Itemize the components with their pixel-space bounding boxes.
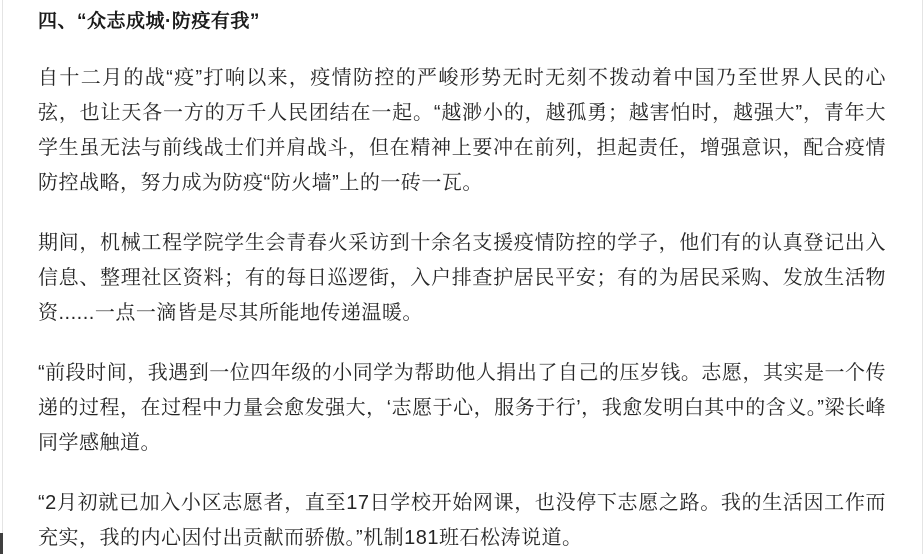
scrollbar-thumb[interactable] [0, 533, 3, 554]
article-body: 四、“众志成城·防疫有我” 自十二月的战“疫”打响以来，疫情防控的严峻形势无时无… [0, 0, 924, 554]
section-heading: 四、“众志成城·防疫有我” [38, 9, 886, 35]
paragraph-3: “前段时间，我遇到一位四年级的小同学为帮助他人捐出了自己的压岁钱。志愿，其实是一… [38, 356, 886, 461]
paragraph-1: 自十二月的战“疫”打响以来，疫情防控的严峻形势无时无刻不拨动着中国乃至世界人民的… [38, 61, 886, 201]
paragraph-2: 期间，机械工程学院学生会青春火采访到十余名支援疫情防控的学子，他们有的认真登记出… [38, 226, 886, 331]
page-right-edge-line [922, 0, 923, 554]
page-left-edge-line [2, 0, 3, 554]
paragraph-4: “2月初就已加入小区志愿者，直至17日学校开始网课，也没停下志愿之路。我的生活因… [38, 486, 886, 554]
